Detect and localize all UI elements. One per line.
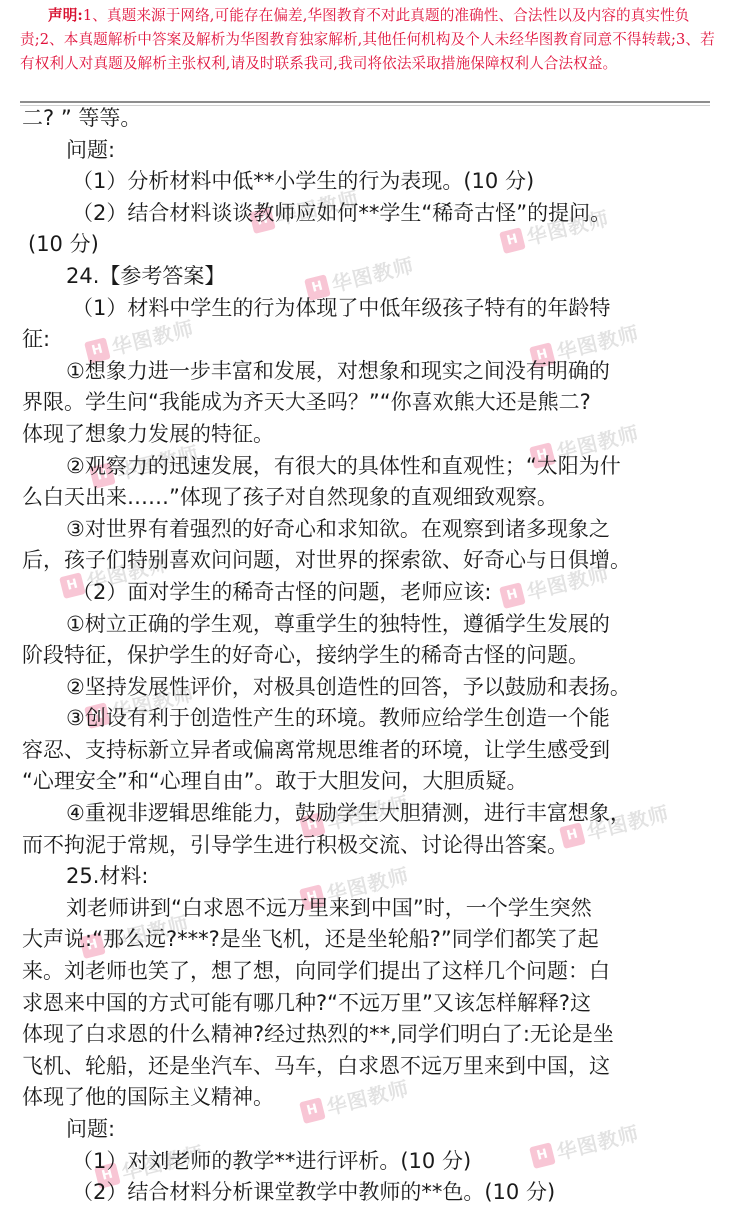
document-line: 来。刘老师也笑了，想了想，向同学们提出了这样几个问题：白 — [22, 956, 712, 988]
document-line: 么白天出来……”体现了孩子对自然现象的直观细致观察。 — [22, 482, 712, 514]
document-line: （2）结合材料分析课堂教学中教师的**色。(10 分) — [22, 1177, 712, 1209]
document-line: 后，孩子们特别喜欢问问题，对世界的探索欲、好奇心与日俱增。 — [22, 545, 712, 577]
document-line: 24.【参考答案】 — [22, 261, 712, 293]
document-line: （2）面对学生的稀奇古怪的问题，老师应该: — [22, 577, 712, 609]
disclaimer-text: 1、真题来源于网络,可能存在偏差,华图教育不对此真题的准确性、合法性以及内容的真… — [20, 7, 715, 72]
document-line: 刘老师讲到“白求恩不远万里来到中国”时，一个学生突然 — [22, 893, 712, 925]
document-line: ③创设有利于创造性产生的环境。教师应给学生创造一个能 — [22, 703, 712, 735]
document-line: 界限。学生问“我能成为齐天大圣吗？”“你喜欢熊大还是熊二? — [22, 387, 712, 419]
document-line: 25.材料: — [22, 861, 712, 893]
document-line: 大声说:“那么远?***?是坐飞机，还是坐轮船?”同学们都笑了起 — [22, 924, 712, 956]
document-line: 飞机、轮船，还是坐汽车、马车，白求恩不远万里来到中国，这 — [22, 1051, 712, 1083]
document-line: ①树立正确的学生观，尊重学生的独特性，遵循学生发展的 — [22, 609, 712, 641]
document-line: （1）对刘老师的教学**进行评析。(10 分) — [22, 1146, 712, 1178]
document-body: 二? ” 等等。问题:（1）分析材料中低**小学生的行为表现。(10 分)（2）… — [22, 103, 712, 1209]
document-line: ②坚持发展性评价，对极具创造性的回答，予以鼓励和表扬。 — [22, 672, 712, 704]
disclaimer-lead: 声明: — [48, 7, 83, 24]
document-line: 征: — [22, 324, 712, 356]
document-line: 问题: — [22, 1114, 712, 1146]
document-line: ③对世界有着强烈的好奇心和求知欲。在观察到诸多现象之 — [22, 514, 712, 546]
document-line: ①想象力进一步丰富和发展，对想象和现实之间没有明确的 — [22, 356, 712, 388]
document-line: 求恩来中国的方式可能有哪几种?“不远万里”又该怎样解释?这 — [22, 988, 712, 1020]
document-line: 二? ” 等等。 — [22, 103, 712, 135]
document-line: “心理安全”和“心理自由”。敢于大胆发问，大胆质疑。 — [22, 766, 712, 798]
document-line: 阶段特征，保护学生的好奇心，接纳学生的稀奇古怪的问题。 — [22, 640, 712, 672]
disclaimer-block: 声明:1、真题来源于网络,可能存在偏差,华图教育不对此真题的准确性、合法性以及内… — [20, 4, 716, 76]
document-line: (10 分) — [22, 229, 712, 261]
document-line: （2）结合材料谈谈教师应如何**学生“稀奇古怪”的提问。 — [22, 198, 712, 230]
document-line: （1）分析材料中低**小学生的行为表现。(10 分) — [22, 166, 712, 198]
document-line: 体现了白求恩的什么精神?经过热烈的**,同学们明白了:无论是坐 — [22, 1019, 712, 1051]
document-line: ④重视非逻辑思维能力，鼓励学生大胆猜测，进行丰富想象， — [22, 798, 712, 830]
document-line: 体现了想象力发展的特征。 — [22, 419, 712, 451]
document-line: 而不拘泥于常规，引导学生进行积极交流、讨论得出答案。 — [22, 830, 712, 862]
document-line: 体现了他的国际主义精神。 — [22, 1082, 712, 1114]
document-line: （1）材料中学生的行为体现了中低年级孩子特有的年龄特 — [22, 293, 712, 325]
document-line: 容忍、支持标新立异者或偏离常规思维者的环境，让学生感受到 — [22, 735, 712, 767]
document-line: 问题: — [22, 135, 712, 167]
document-line: ②观察力的迅速发展，有很大的具体性和直观性；“太阳为什 — [22, 451, 712, 483]
